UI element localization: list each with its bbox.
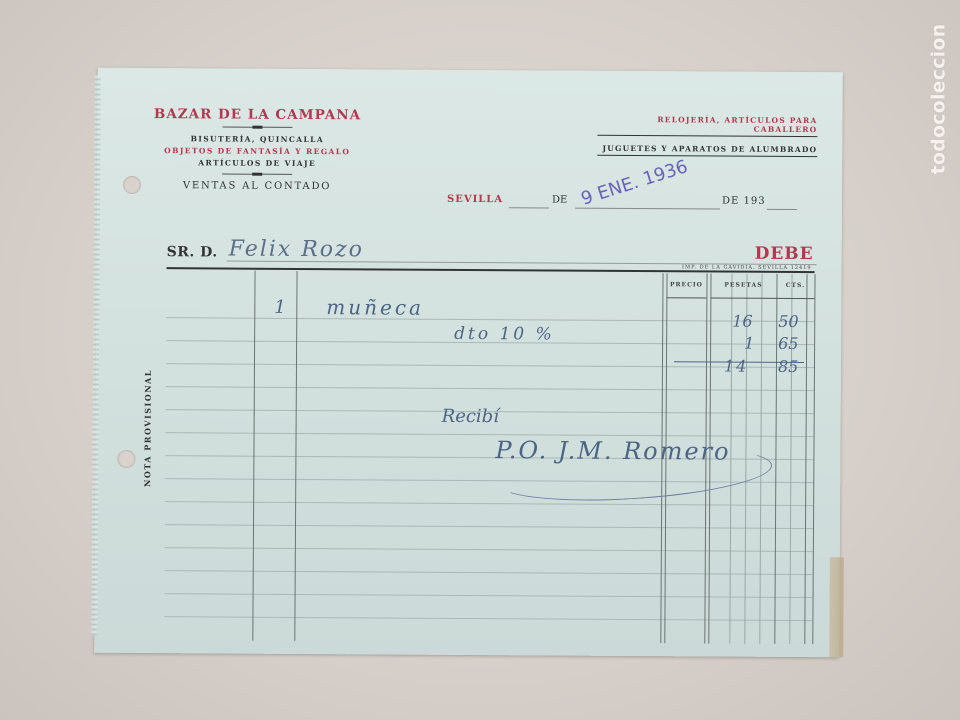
invoice-paper: BAZAR DE LA CAMPANA BISUTERÍA, QUINCALLA… bbox=[94, 68, 843, 658]
city-label: SEVILLA bbox=[447, 194, 503, 205]
right-line-2: JUGUETES Y APARATOS DE ALUMBRADO bbox=[597, 144, 817, 157]
col-header-pesetas: PESETAS bbox=[710, 281, 776, 288]
de-label: DE bbox=[552, 195, 567, 206]
line-1-cts: 50 bbox=[778, 312, 798, 331]
ornament-divider bbox=[222, 126, 292, 127]
line-2-pesetas: 1 bbox=[744, 334, 754, 353]
col-header-precio: PRECIO bbox=[666, 281, 706, 288]
customer-label: SR. D. bbox=[167, 244, 218, 260]
customer-name: Felix Rozo bbox=[229, 237, 364, 263]
line-2-cts: 65 bbox=[778, 334, 798, 353]
shop-line-3: ARTÍCULOS DE VIAJE bbox=[152, 157, 362, 170]
debe-label: DEBE bbox=[755, 244, 814, 264]
shop-header-right: RELOJERÍA, ARTÍCULOS PARA CABALLERO JUGU… bbox=[597, 115, 817, 157]
torn-edge bbox=[829, 557, 844, 657]
line-1-description: muñeca bbox=[326, 295, 424, 320]
punch-hole-icon bbox=[123, 176, 141, 194]
col-header-cts: CTS. bbox=[776, 282, 814, 289]
year-label: DE 193 bbox=[722, 196, 766, 207]
shop-header: BAZAR DE LA CAMPANA BISUTERÍA, QUINCALLA… bbox=[152, 106, 363, 192]
shop-line-2: OBJETOS DE FANTASÍA Y REGALO bbox=[152, 145, 362, 158]
date-line bbox=[509, 207, 549, 208]
punch-hole-icon bbox=[117, 450, 135, 468]
line-3-pesetas: 14 bbox=[724, 357, 748, 376]
line-3-cts: 85 bbox=[778, 357, 798, 376]
right-line-1: RELOJERÍA, ARTÍCULOS PARA CABALLERO bbox=[597, 115, 817, 137]
received-note: Recibí bbox=[442, 406, 499, 427]
watermark-text: todocoleccion bbox=[927, 24, 949, 175]
line-2-description: dto 10 % bbox=[454, 324, 555, 345]
watermark: todocoleccion bbox=[922, 14, 954, 184]
nota-provisional-text: NOTA PROVISIONAL bbox=[142, 369, 153, 487]
date-line bbox=[575, 208, 720, 210]
side-label: NOTA PROVISIONAL bbox=[137, 348, 158, 508]
shop-name: BAZAR DE LA CAMPANA bbox=[152, 106, 362, 123]
shop-line-4: VENTAS AL CONTADO bbox=[152, 180, 362, 192]
date-line bbox=[767, 209, 797, 210]
ornament-divider bbox=[222, 173, 292, 174]
line-1-qty: 1 bbox=[274, 297, 286, 318]
line-1-pesetas: 16 bbox=[732, 312, 752, 331]
